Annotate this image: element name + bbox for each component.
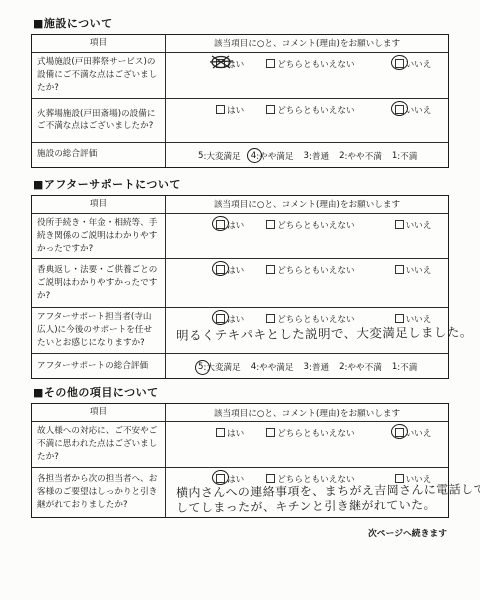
option-label: いいえ <box>406 60 432 70</box>
handwritten-comment-line: してしまったが、キチンと引き継がれていた。 <box>170 496 480 515</box>
option-neither: どちらともいえない <box>266 427 354 439</box>
option-neither: どちらともいえない <box>266 264 354 276</box>
table-row: 役所手続き・年金・相続等、手続き関係のご説明はわかりやすかったですか? はい ど… <box>32 213 448 259</box>
rating-number: 1 <box>392 151 397 161</box>
rating-text: :やや満足 <box>256 361 293 373</box>
rating-option: 2:やや不満 <box>339 150 382 162</box>
header-item: 項目 <box>32 404 166 421</box>
rating-text: :不満 <box>397 150 417 162</box>
option-yes: はい <box>216 264 244 276</box>
checkbox-icon <box>266 59 275 68</box>
option-label: どちらともいえない <box>277 221 354 231</box>
checkbox-icon <box>216 105 225 114</box>
section-other-items: ■その他の項目について 項目 該当項目に○と、コメント(理由)をお願いします 故… <box>31 384 449 518</box>
rating-text: :やや不満 <box>345 150 382 162</box>
table-row: 各担当者から次の担当者へ、お客様のご要望はしっかりと引き継がれておりましたか? … <box>32 467 448 518</box>
rating-cell: 5:大変満足 4:やや満足 3:普通 2:やや不満 1:不満 <box>166 143 448 167</box>
facilities-table: 項目 該当項目に○と、コメント(理由)をお願いします 式場施設(戸田葬祭サービス… <box>31 34 449 168</box>
checkbox-icon <box>266 314 275 323</box>
option-yes: はい <box>216 473 244 485</box>
option-label: どちらともいえない <box>277 106 354 116</box>
question-label: 各担当者から次の担当者へ、お客様のご要望はしっかりと引き継がれておりましたか? <box>32 468 166 518</box>
table-header-row: 項目 該当項目に○と、コメント(理由)をお願いします <box>32 35 448 52</box>
header-instruction: 該当項目に○と、コメント(理由)をお願いします <box>166 35 448 52</box>
rating-text: :大変満足 <box>203 150 240 162</box>
option-label: いいえ <box>406 429 432 439</box>
question-label: 役所手続き・年金・相続等、手続き関係のご説明はわかりやすかったですか? <box>32 214 166 259</box>
rating-number: 2 <box>339 362 344 372</box>
rating-number: 3 <box>304 362 309 372</box>
rating-number: 4 <box>251 362 256 372</box>
question-label: 火葬場施設(戸田斎場)の設備にご不満な点はございましたか? <box>32 99 166 142</box>
section-title-facilities: ■施設について <box>33 15 449 31</box>
option-yes: はい <box>216 427 244 439</box>
option-label: いいえ <box>406 266 432 276</box>
question-label: 式場施設(戸田葬祭サービス)の設備にご不満な点はございましたか? <box>32 53 166 98</box>
option-neither: どちらともいえない <box>266 219 354 231</box>
table-row: 式場施設(戸田葬祭サービス)の設備にご不満な点はございましたか? はい <box>32 52 448 98</box>
checkbox-icon <box>216 428 225 437</box>
rating-option: 4:やや満足 <box>251 150 294 162</box>
answer-cell: はい どちらともいえない いいえ <box>166 99 448 142</box>
rating-scale: 5:大変満足 4:やや満足 3:普通 2:やや不満 1:不満 <box>170 356 444 376</box>
rating-text: :やや不満 <box>345 361 382 373</box>
option-yes: はい <box>216 104 244 116</box>
rating-text: :不満 <box>397 361 417 373</box>
option-yes: はい <box>216 58 244 70</box>
option-group: はい どちらともいえない いいえ <box>170 101 444 116</box>
section-title-other-items: ■その他の項目について <box>33 384 449 400</box>
answer-cell: はい どちらともいえない いいえ <box>166 214 448 259</box>
option-label: はい <box>227 106 244 116</box>
option-label: はい <box>227 266 244 276</box>
option-label: はい <box>227 221 244 231</box>
answer-cell: はい どちらともいえない いいえ <box>166 259 448 307</box>
checkbox-icon <box>266 105 275 114</box>
checkbox-icon <box>395 220 404 229</box>
rating-number: 1 <box>392 362 397 372</box>
section-facilities: ■施設について 項目 該当項目に○と、コメント(理由)をお願いします 式場施設(… <box>31 15 449 168</box>
option-neither: どちらともいえない <box>266 58 354 70</box>
question-label: アフターサポート担当者(寺山 広人)に今後のサポートを任せたいとお感じになります… <box>32 308 166 353</box>
option-neither: どちらともいえない <box>266 104 354 116</box>
rating-option: 5:大変満足 <box>198 150 241 162</box>
section-title-after-support: ■アフターサポートについて <box>33 176 449 192</box>
rating-row: 施設の総合評価 5:大変満足 4:やや満足 3:普通 2:やや不満 1:不満 <box>32 142 448 167</box>
checkbox-icon <box>266 474 275 483</box>
rating-option: 5:大変満足 <box>198 361 241 373</box>
answer-cell: はい どちらともいえない いいえ <box>166 422 448 467</box>
answer-cell: はい どちらともいえない いいえ 横内さんへの連絡事項を、まちがえ吉岡さんに電話… <box>166 468 480 518</box>
rating-option: 1:不満 <box>392 361 418 373</box>
section-after-support: ■アフターサポートについて 項目 該当項目に○と、コメント(理由)をお願いします… <box>31 176 449 379</box>
option-no: いいえ <box>395 264 432 276</box>
rating-text: :普通 <box>309 150 329 162</box>
rating-option: 4:やや満足 <box>251 361 294 373</box>
option-label: どちらともいえない <box>277 429 354 439</box>
header-instruction: 該当項目に○と、コメント(理由)をお願いします <box>166 404 448 421</box>
checkbox-icon <box>266 220 275 229</box>
table-header-row: 項目 該当項目に○と、コメント(理由)をお願いします <box>32 196 448 213</box>
option-label: どちらともいえない <box>277 266 354 276</box>
scribble-mark-icon <box>208 54 236 70</box>
rating-number: 2 <box>339 151 344 161</box>
answer-cell: はい どちらともいえない いいえ 明るくテキパキとした説明で、大変満足しました。 <box>166 308 476 353</box>
option-no: いいえ <box>395 219 432 231</box>
circle-mark-icon <box>195 360 210 375</box>
checkbox-icon <box>266 265 275 274</box>
checkbox-icon <box>266 428 275 437</box>
table-row: アフターサポート担当者(寺山 広人)に今後のサポートを任せたいとお感じになります… <box>32 307 448 353</box>
option-label: どちらともいえない <box>277 60 354 70</box>
header-instruction: 該当項目に○と、コメント(理由)をお願いします <box>166 196 448 213</box>
rating-option: 1:不満 <box>392 150 418 162</box>
rating-option: 3:普通 <box>304 361 330 373</box>
option-no: いいえ <box>395 58 432 70</box>
handwritten-comment: 明るくテキパキとした説明で、大変満足しました。 <box>170 322 473 344</box>
option-no: いいえ <box>395 427 432 439</box>
header-item: 項目 <box>32 196 166 213</box>
table-row: 香典返し・法要・ご供養ごとのご説明はわかりやすかったですか? はい どちらともい… <box>32 258 448 307</box>
table-row: 火葬場施設(戸田斎場)の設備にご不満な点はございましたか? はい どちらともいえ… <box>32 98 448 142</box>
option-label: はい <box>227 429 244 439</box>
continue-note: 次ページへ続きます <box>31 526 449 539</box>
question-label: 故人様への対応に、ご不安やご不満に思われた点はございましたか? <box>32 422 166 467</box>
option-group: はい どちらともいえない いいえ <box>170 55 444 70</box>
answer-cell: はい どちらともいえない いいえ <box>166 53 448 98</box>
checkbox-icon <box>395 265 404 274</box>
option-group: はい どちらともいえない いいえ <box>170 216 444 231</box>
option-no: いいえ <box>395 104 432 116</box>
option-label: いいえ <box>406 106 432 116</box>
rating-option: 2:やや不満 <box>339 361 382 373</box>
rating-text: :普通 <box>309 361 329 373</box>
option-group: はい どちらともいえない いいえ <box>170 261 444 276</box>
rating-option: 3:普通 <box>304 150 330 162</box>
table-row: 故人様への対応に、ご不安やご不満に思われた点はございましたか? はい どちらとも… <box>32 421 448 467</box>
rating-cell: 5:大変満足 4:やや満足 3:普通 2:やや不満 1:不満 <box>166 354 448 378</box>
scanned-survey-page: ■施設について 項目 該当項目に○と、コメント(理由)をお願いします 式場施設(… <box>0 0 480 600</box>
after-support-table: 項目 該当項目に○と、コメント(理由)をお願いします 役所手続き・年金・相続等、… <box>31 195 449 379</box>
rating-number: 5 <box>198 151 203 161</box>
rating-scale: 5:大変満足 4:やや満足 3:普通 2:やや不満 1:不満 <box>170 145 444 165</box>
rating-row: アフターサポートの総合評価 5:大変満足 4:やや満足 3:普通 2:やや不満 … <box>32 353 448 378</box>
rating-label: アフターサポートの総合評価 <box>32 354 166 378</box>
header-item: 項目 <box>32 35 166 52</box>
other-items-table: 項目 該当項目に○と、コメント(理由)をお願いします 故人様への対応に、ご不安や… <box>31 403 449 518</box>
rating-number: 3 <box>304 151 309 161</box>
question-label: 香典返し・法要・ご供養ごとのご説明はわかりやすかったですか? <box>32 259 166 307</box>
option-yes: はい <box>216 219 244 231</box>
rating-label: 施設の総合評価 <box>32 143 166 167</box>
option-group: はい どちらともいえない いいえ <box>170 424 444 439</box>
option-label: いいえ <box>406 221 432 231</box>
table-header-row: 項目 該当項目に○と、コメント(理由)をお願いします <box>32 404 448 421</box>
survey-content: ■施設について 項目 該当項目に○と、コメント(理由)をお願いします 式場施設(… <box>31 15 449 539</box>
